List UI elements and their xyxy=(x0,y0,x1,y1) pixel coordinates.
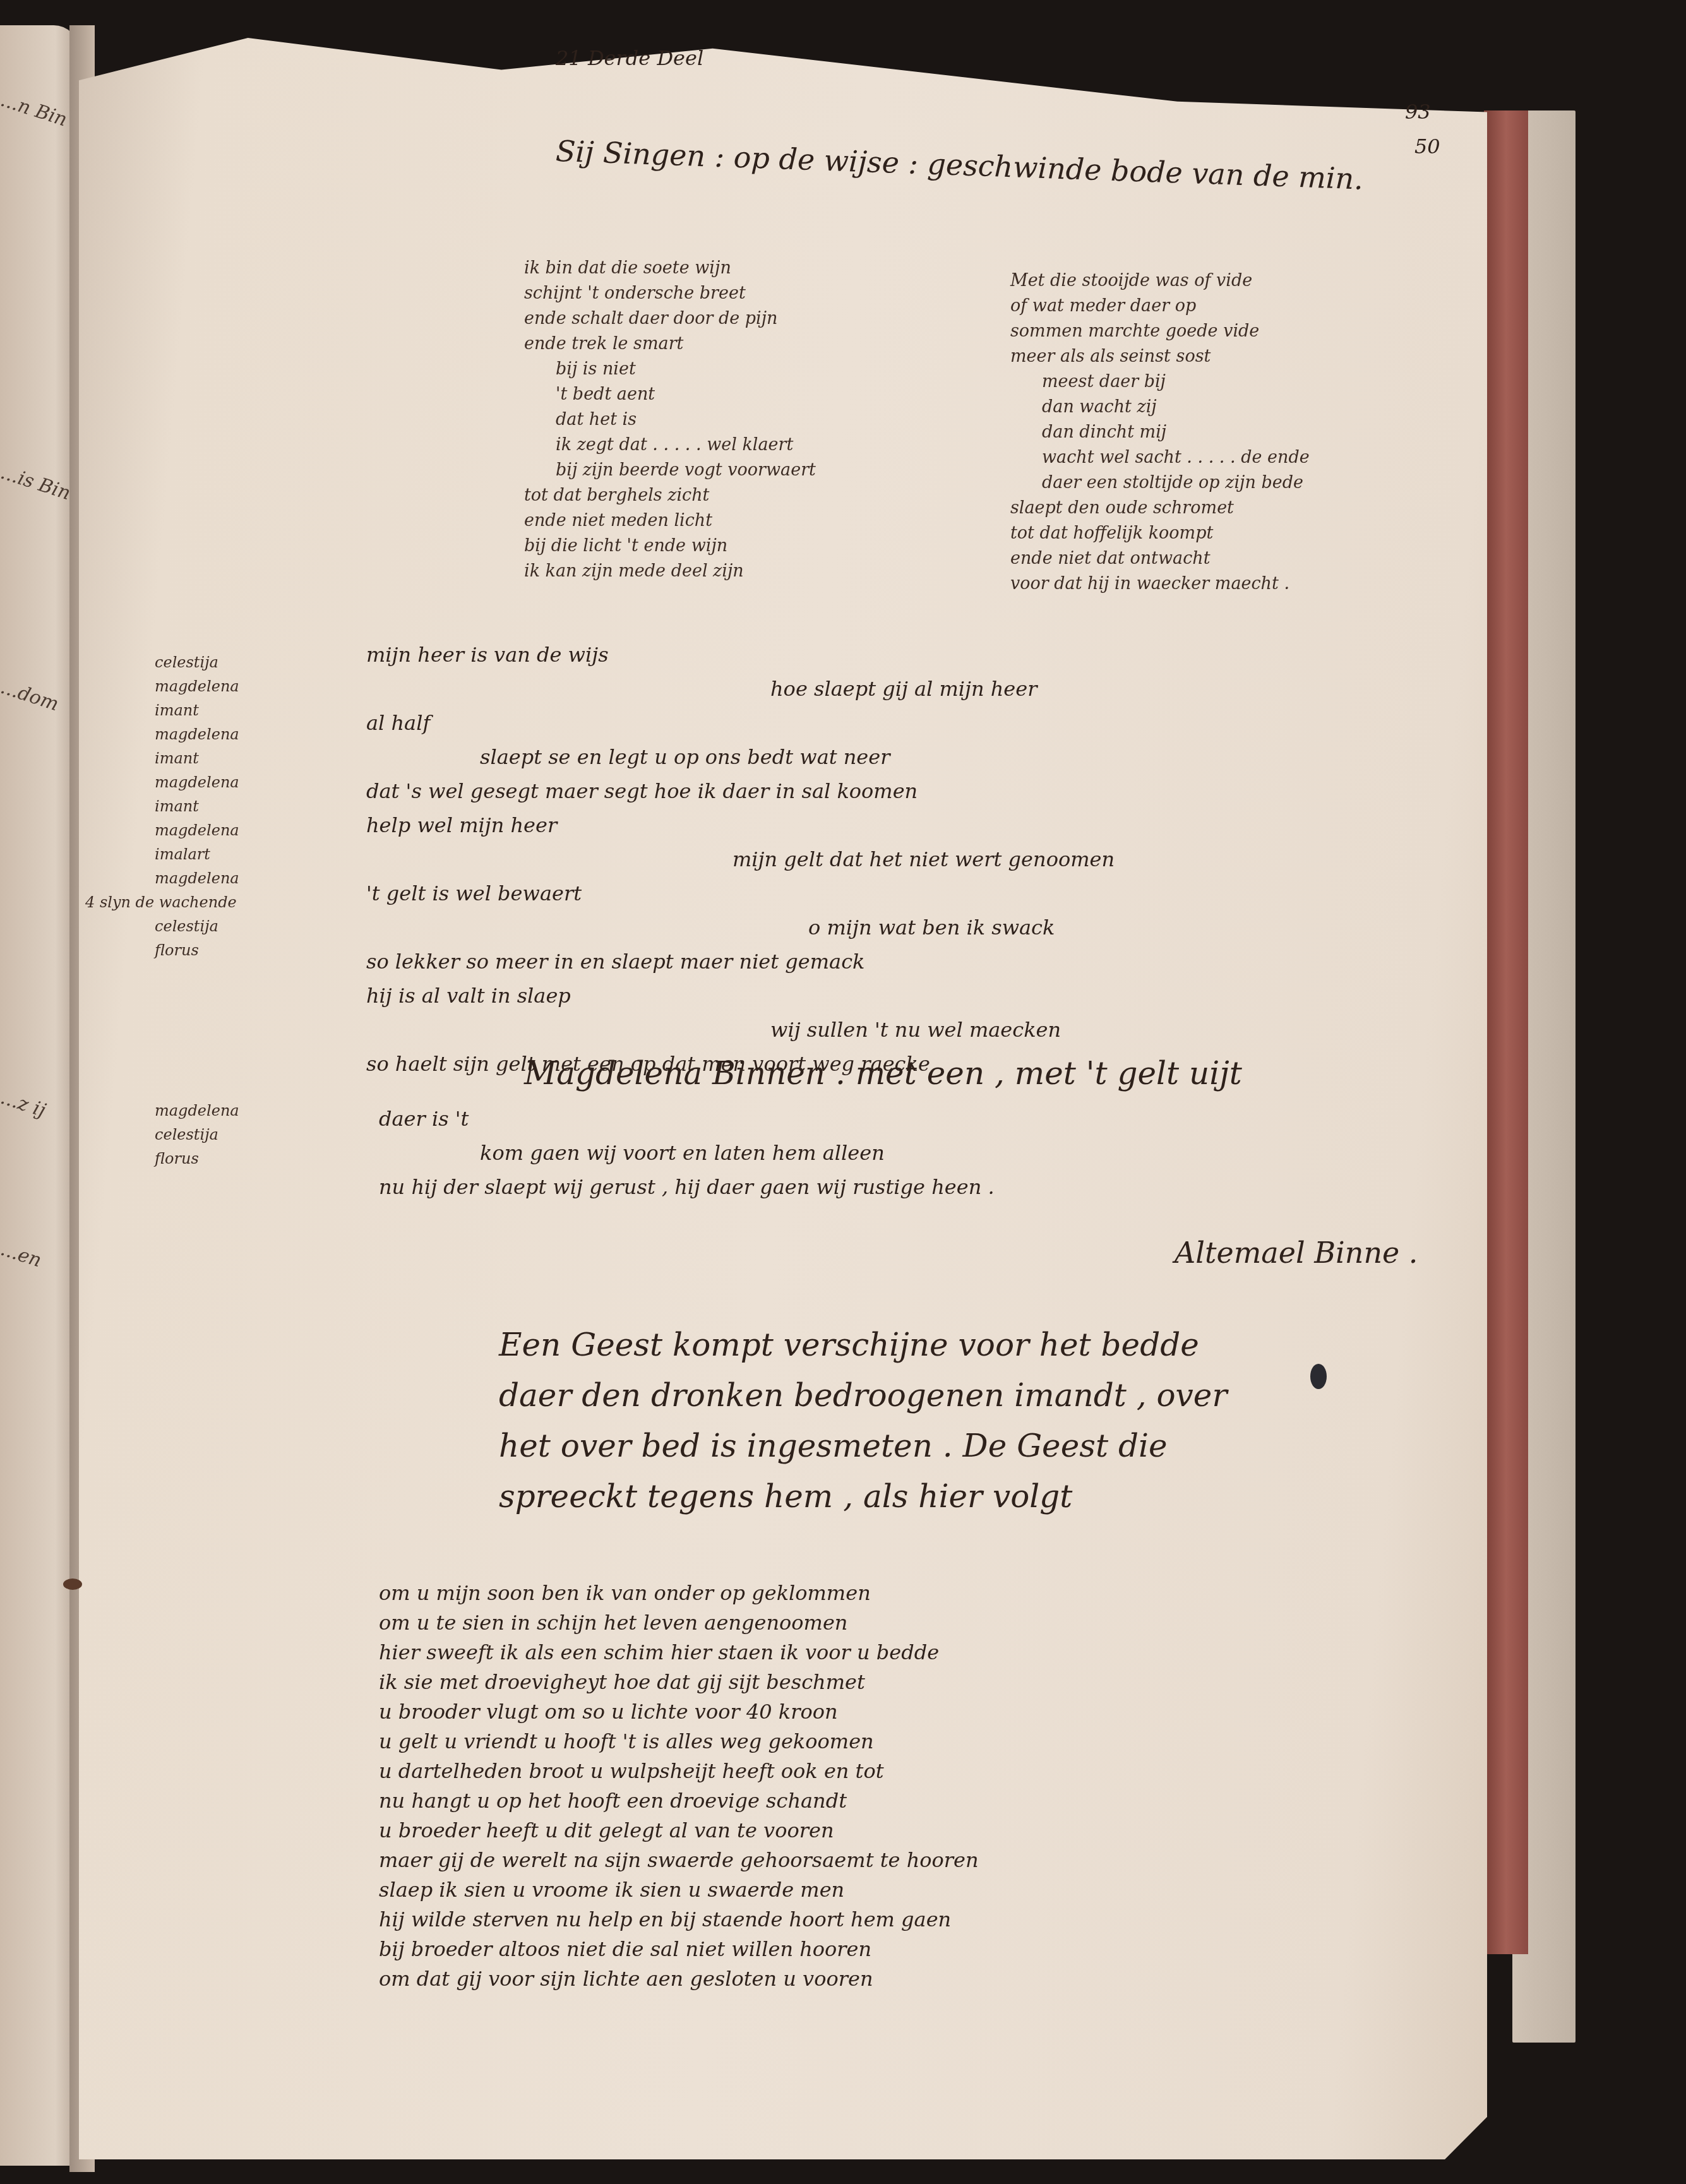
verse-line: u broeder heeft u dit gelegt al van te v… xyxy=(379,1816,979,1846)
verse-line: u dartelheden broot u wulpsheijt heeft o… xyxy=(379,1757,979,1786)
verse-line: om dat gij voor sijn lichte aen gesloten… xyxy=(379,1964,979,1994)
direction-line: daer den dronken bedroogenen imandt , ov… xyxy=(499,1370,1227,1421)
song-line: meer als als seinst sost xyxy=(1010,344,1310,369)
dialogue-line: nu hij der slaept wij gerust , hij daer … xyxy=(379,1170,995,1204)
dialogue-line: kom gaen wij voort en laten hem alleen xyxy=(379,1136,995,1170)
song-line: schijnt 't ondersche breet xyxy=(524,281,816,306)
left-page-fragment: ...dom xyxy=(0,676,61,715)
song-line: wacht wel sacht . . . . . de ende xyxy=(1010,445,1310,470)
song-line: ik kan zijn mede deel zijn xyxy=(524,559,816,584)
song-line: ende schalt daer door de pijn xyxy=(524,306,816,331)
song-line: ende niet meden licht xyxy=(524,508,816,534)
verse-line: bij broeder altoos niet die sal niet wil… xyxy=(379,1935,979,1964)
song-left-column: ik bin dat die soete wijn schijnt 't ond… xyxy=(524,256,816,584)
song-line: Met die stooijde was of vide xyxy=(1010,268,1310,294)
dialogue-line: hij is al valt in slaep xyxy=(366,979,1115,1013)
song-line: sommen marchte goede vide xyxy=(1010,319,1310,344)
direction-line: het over bed is ingesmeten . De Geest di… xyxy=(499,1421,1227,1471)
speaker-name: imant xyxy=(155,698,239,722)
stage-direction-ghost: Een Geest kompt verschijne voor het bedd… xyxy=(499,1320,1227,1522)
speaker-name: magdelena xyxy=(155,674,239,698)
verse-line: ik sie met droevigheyt hoe dat gij sijt … xyxy=(379,1668,979,1697)
verse-line: hier sweeft ik als een schim hier staen … xyxy=(379,1638,979,1668)
speaker-name: florus xyxy=(155,1147,239,1171)
paper-stain xyxy=(63,1578,82,1590)
song-line: bij is niet xyxy=(524,357,816,382)
left-page-fragment: ...is Bin xyxy=(0,462,73,505)
dialogue-line: help wel mijn heer xyxy=(366,808,1115,842)
stage-direction-all-enter: Altemael Binne . xyxy=(1175,1231,1418,1274)
direction-line: spreeckt tegens hem , als hier volgt xyxy=(499,1471,1227,1522)
direction-line: Een Geest kompt verschijne voor het bedd… xyxy=(499,1320,1227,1370)
verse-line: hij wilde sterven nu help en bij staende… xyxy=(379,1905,979,1935)
verse-line: u brooder vlugt om so u lichte voor 40 k… xyxy=(379,1697,979,1727)
left-page-edge: ...n Bin ...is Bin ...dom ...z ij ...en xyxy=(0,25,79,2166)
song-right-column: Met die stooijde was of vide of wat mede… xyxy=(1010,268,1310,597)
dialogue-line: slaept se en legt u op ons bedt wat neer xyxy=(366,740,1115,774)
verse-line: maer gij de werelt na sijn swaerde gehoo… xyxy=(379,1846,979,1875)
speaker-name: florus xyxy=(155,938,239,962)
left-page-fragment: ...z ij xyxy=(0,1087,49,1122)
folio-number: 93 xyxy=(1405,95,1431,129)
speaker-name: 4 slyn de wachende xyxy=(85,890,239,914)
song-line: tot dat hoffelijk koompt xyxy=(1010,521,1310,546)
verse-line: om u te sien in schijn het leven aengeno… xyxy=(379,1608,979,1638)
speaker-name: imant xyxy=(155,746,239,770)
song-line: ende trek le smart xyxy=(524,331,816,357)
song-line: bij zijn beerde vogt voorwaert xyxy=(524,458,816,483)
song-line: meest daer bij xyxy=(1010,369,1310,395)
speaker-list: magdelena celestija florus xyxy=(155,1099,239,1171)
speaker-name: imant xyxy=(155,794,239,818)
dialogue-block: mijn heer is van de wijs hoe slaept gij … xyxy=(366,638,1115,1081)
song-line: ende niet dat ontwacht xyxy=(1010,546,1310,571)
dialogue-line: daer is 't xyxy=(379,1102,995,1136)
dialogue-line: mijn heer is van de wijs xyxy=(366,638,1115,672)
song-line: daer een stoltijde op zijn bede xyxy=(1010,470,1310,496)
ghost-speech: om u mijn soon ben ik van onder op geklo… xyxy=(379,1578,979,1994)
speaker-name: magdelena xyxy=(155,866,239,890)
verse-line: u gelt u vriendt u hooft 't is alles weg… xyxy=(379,1727,979,1757)
running-head: 21 Derde Deel xyxy=(556,41,703,75)
speaker-list: celestija magdelena imant magdelena iman… xyxy=(155,650,239,962)
speaker-name: celestija xyxy=(155,914,239,938)
song-line: ik bin dat die soete wijn xyxy=(524,256,816,281)
dialogue-line: so lekker so meer in en slaept maer niet… xyxy=(366,945,1115,979)
song-line: of wat meder daer op xyxy=(1010,294,1310,319)
speaker-name: celestija xyxy=(155,650,239,674)
song-line: tot dat berghels zicht xyxy=(524,483,816,508)
dialogue-line: dat 's wel gesegt maer segt hoe ik daer … xyxy=(366,774,1115,808)
song-line: dan dincht mij xyxy=(1010,420,1310,445)
speaker-name: celestija xyxy=(155,1123,239,1147)
dialogue-line: al half xyxy=(366,706,1115,740)
speaker-name: magdelena xyxy=(155,818,239,842)
red-fore-edge xyxy=(1484,110,1528,1954)
song-line: slaept den oude schromet xyxy=(1010,496,1310,521)
speaker-name: imalart xyxy=(155,842,239,866)
song-line: bij die licht 't ende wijn xyxy=(524,534,816,559)
song-line: dat het is xyxy=(524,407,816,433)
song-line: voor dat hij in waecker maecht . xyxy=(1010,571,1310,597)
left-page-fragment: ...en xyxy=(0,1238,44,1272)
dialogue-block: daer is 't kom gaen wij voort en laten h… xyxy=(379,1102,995,1204)
song-line: 't bedt aent xyxy=(524,382,816,407)
ink-blot xyxy=(1310,1364,1327,1389)
stage-direction-exit: Magdelena Binnen . met een , met 't gelt… xyxy=(524,1048,1242,1099)
left-page-fragment: ...n Bin xyxy=(0,89,70,131)
song-line: ik zegt dat . . . . . wel klaert xyxy=(524,433,816,458)
speaker-name: magdelena xyxy=(155,1099,239,1123)
dialogue-line: 't gelt is wel bewaert xyxy=(366,876,1115,910)
dialogue-line: wij sullen 't nu wel maecken xyxy=(366,1013,1115,1047)
speaker-name: magdelena xyxy=(155,722,239,746)
verse-line: om u mijn soon ben ik van onder op geklo… xyxy=(379,1578,979,1608)
verse-line: nu hangt u op het hooft een droevige sch… xyxy=(379,1786,979,1816)
verse-line: slaep ik sien u vroome ik sien u swaerde… xyxy=(379,1875,979,1905)
dialogue-line: o mijn wat ben ik swack xyxy=(366,910,1115,945)
dialogue-line: hoe slaept gij al mijn heer xyxy=(366,672,1115,706)
song-line: dan wacht zij xyxy=(1010,395,1310,420)
speaker-name: magdelena xyxy=(155,770,239,794)
secondary-number: 50 xyxy=(1414,129,1440,164)
dialogue-line: mijn gelt dat het niet wert genoomen xyxy=(366,842,1115,876)
